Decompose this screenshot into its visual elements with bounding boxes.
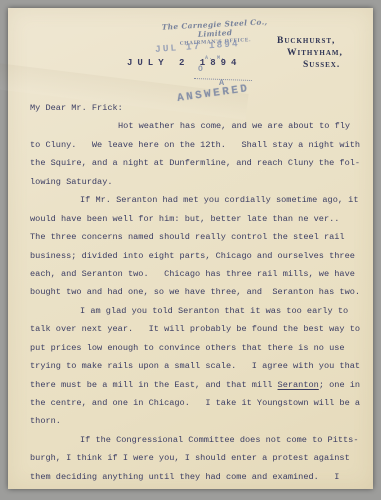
letterhead-withyham: Withyham, [287,48,343,58]
letter-line: bought two and had one, so we have three… [30,283,366,301]
letter-line: would have been well for him: but, bette… [30,210,366,228]
letter-line: them deciding anything until they had co… [30,468,366,486]
letterhead-sussex: Sussex. [303,60,340,70]
letter-scan: The Carnegie Steel Co., Limited CHAIRMAN… [0,0,381,500]
letter-line: the Squire, and a night at Dunfermline, … [30,154,366,172]
time-stamp-am: A. M. [205,55,225,61]
letter-line: Hot weather has come, and we are about t… [30,117,366,135]
letter-line: burgh, I think if I were you, I should e… [30,449,366,467]
letter-line: business; divided into eight parts, Chic… [30,247,366,265]
letter-line: each, and Seranton two. Chicago has thre… [30,265,366,283]
letter-line: the centre, and one in Chicago. I take i… [30,394,366,412]
letter-line: If Mr. Seranton had met you cordially so… [30,191,366,209]
underlined-word-seranton: Seranton [278,380,319,390]
letter-line: I am glad you told Seranton that it was … [30,302,366,320]
letter-line: talk over next year. It will probably be… [30,320,366,338]
letter-line: trying to make rails upon a small scale.… [30,357,366,375]
letter-line-segment: there must be a mill in the East, and th… [30,380,278,390]
letterhead-buckhurst: Buckhurst, [277,36,335,46]
letter-body: My Dear Mr. Frick: Hot weather has come,… [30,99,366,486]
letter-line: to Cluny. We leave here on the 12th. Sha… [30,136,366,154]
letter-paper: The Carnegie Steel Co., Limited CHAIRMAN… [8,8,373,489]
letter-line: If the Congressional Committee does not … [30,431,366,449]
letter-line: thorn. [30,412,366,430]
salutation: My Dear Mr. Frick: [30,99,366,117]
letter-line: The three concerns named should really c… [30,228,366,246]
letter-line-segment: ; one in [319,380,360,390]
letter-line: lowing Saturday. [30,173,366,191]
letter-line: put prices low enough to convince others… [30,339,366,357]
letter-line: there must be a mill in the East, and th… [30,376,366,394]
